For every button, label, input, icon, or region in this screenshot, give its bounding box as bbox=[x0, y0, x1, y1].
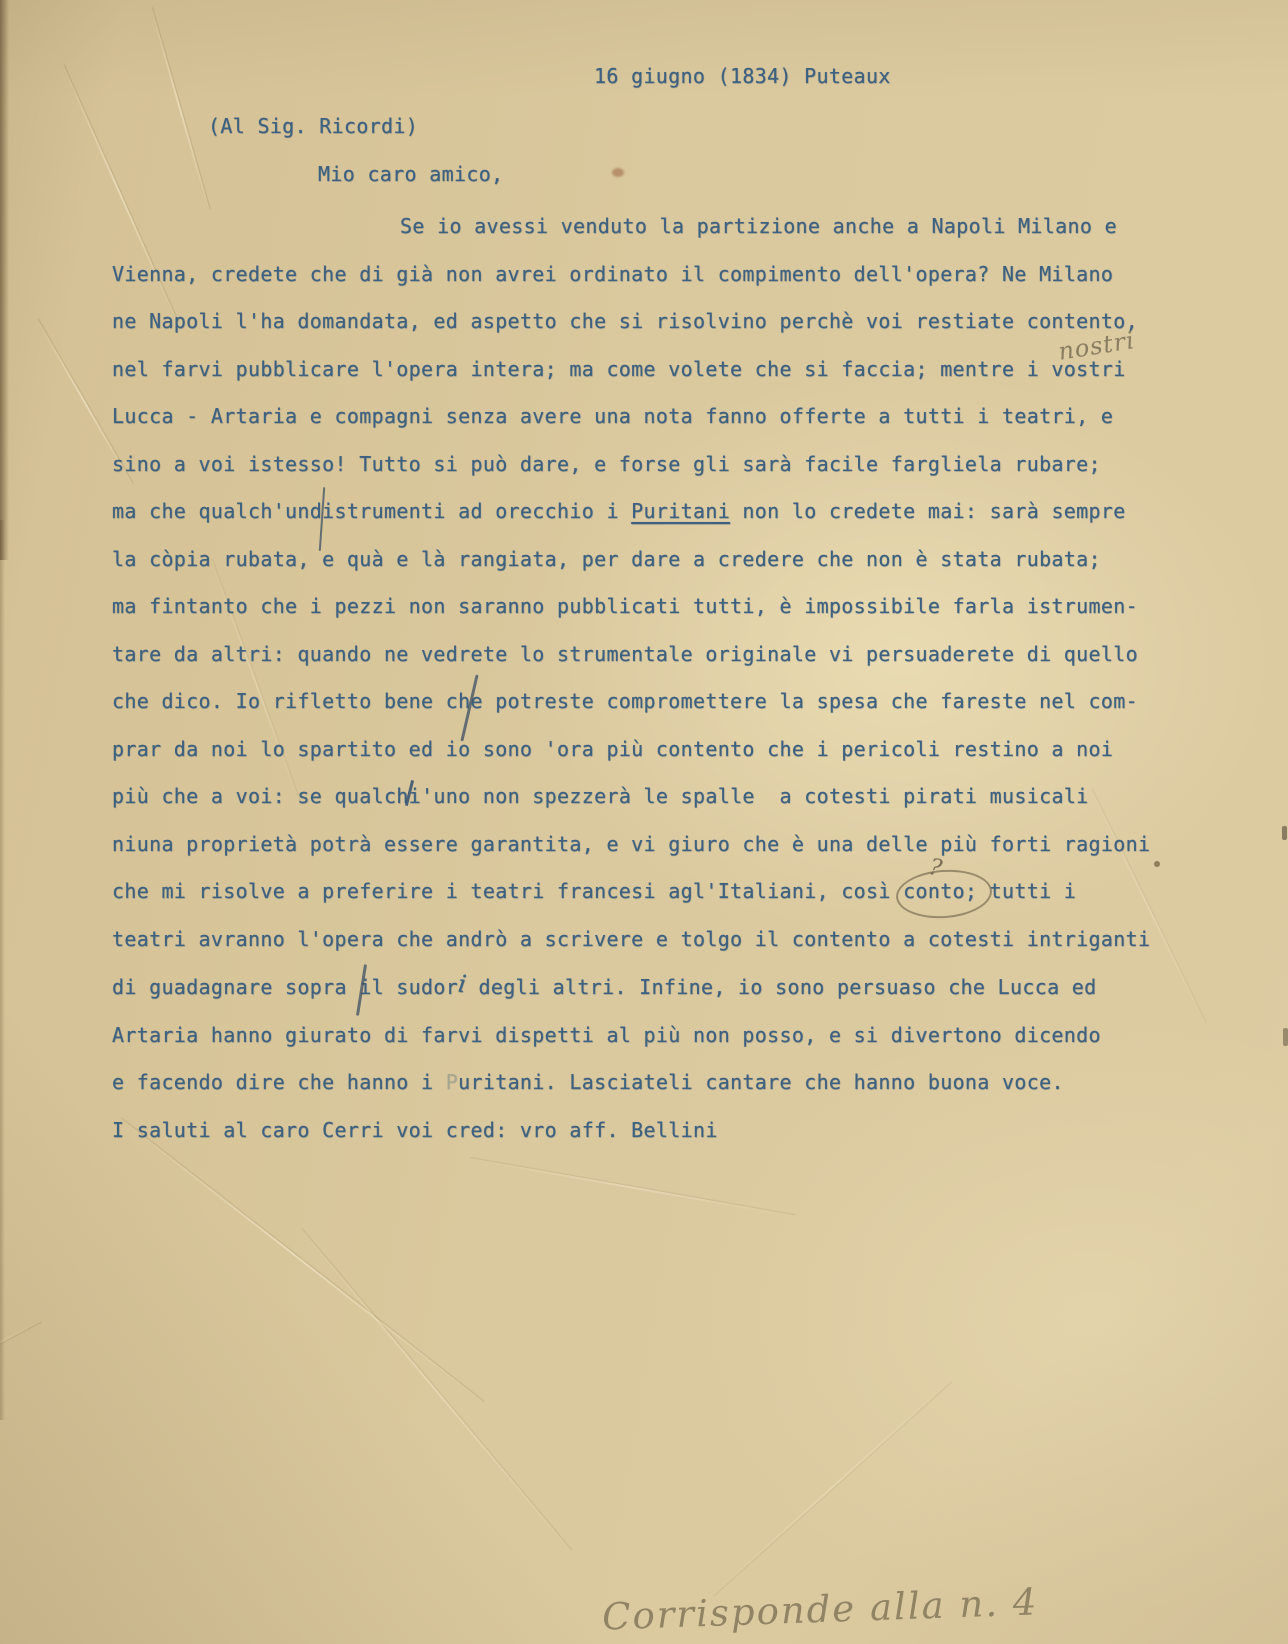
paper-crease bbox=[120, 1118, 484, 1403]
body-line-segment: tare da altri: quando ne vedrete lo stru… bbox=[112, 642, 1138, 666]
paper-stain bbox=[1283, 1028, 1288, 1046]
body-line: I saluti al caro Cerri voi cred: vro aff… bbox=[112, 1107, 1150, 1155]
body-line-segment-faint: P bbox=[446, 1070, 458, 1094]
body-line: nel farvi pubblicare l'opera intera; ma … bbox=[112, 346, 1150, 394]
body-line: e facendo dire che hanno i Puritani. Las… bbox=[112, 1059, 1150, 1107]
body-line: teatri avranno l'opera che andrò a scriv… bbox=[112, 916, 1150, 964]
body-line-segment: che mi risolve a preferire i teatri fran… bbox=[112, 879, 903, 903]
body-line: ne Napoli l'ha domandata, ed aspetto che… bbox=[112, 298, 1150, 346]
body-line-segment: e facendo dire che hanno i bbox=[112, 1070, 446, 1094]
letter-scan-page: { "colors": { "paper": "#d9c79e", "ink":… bbox=[0, 0, 1288, 1644]
body-line-segment: niuna proprietà potrà essere garantita, … bbox=[112, 832, 1150, 856]
body-line-segment: uritani. Lasciateli cantare che hanno bu… bbox=[458, 1070, 1064, 1094]
body-line-segment: degli altri. Infine, io sono persuaso ch… bbox=[466, 975, 1096, 999]
body-line: la còpia rubata, e quà e là rangiata, pe… bbox=[112, 536, 1150, 584]
body-line: niuna proprietà potrà essere garantita, … bbox=[112, 821, 1150, 869]
paper-crease bbox=[712, 1380, 951, 1596]
body-line-segment: ma che qualch'undistrumenti ad orecchio … bbox=[112, 499, 631, 523]
body-line-segment: tutti i bbox=[977, 879, 1076, 903]
body-line: Artaria hanno giurato di farvi dispetti … bbox=[112, 1012, 1150, 1060]
body-line: Lucca - Artaria e compagni senza avere u… bbox=[112, 393, 1150, 441]
body-line: ma fintanto che i pezzi non saranno pubb… bbox=[112, 583, 1150, 631]
body-line-segment: non lo credete mai: sarà sempre bbox=[730, 499, 1126, 523]
body-line: più che a voi: se qualchi'uno non spezze… bbox=[112, 773, 1150, 821]
body-line: Se io avessi venduto la partizione anche… bbox=[112, 203, 1150, 251]
body-line-segment: ne Napoli l'ha domandata, ed aspetto che… bbox=[112, 309, 1138, 333]
letter-body: Se io avessi venduto la partizione anche… bbox=[112, 203, 1150, 1154]
body-line-segment: Se io avessi venduto la partizione anche… bbox=[400, 214, 1117, 238]
body-line-segment: sino a voi istesso! Tutto si può dare, e… bbox=[112, 452, 1101, 476]
letter-dateline: 16 giugno (1834) Puteaux bbox=[594, 64, 891, 88]
body-line-segment: prar da noi lo spartito ed io sono 'ora … bbox=[112, 737, 1113, 761]
body-line: prar da noi lo spartito ed io sono 'ora … bbox=[112, 726, 1150, 774]
paper-stain bbox=[1282, 826, 1287, 840]
body-line: tare da altri: quando ne vedrete lo stru… bbox=[112, 631, 1150, 679]
body-line-segment: 'uno non spezzerà le spalle a cotesti pi… bbox=[421, 784, 1089, 808]
body-line-segment: Lucca - Artaria e compagni senza avere u… bbox=[112, 404, 1113, 428]
body-line-segment: Vienna, credete che di già non avrei ord… bbox=[112, 262, 1113, 286]
body-line-segment: la còpia rubata, e quà e là rangiata, pe… bbox=[112, 547, 1101, 571]
letter-salutation: Mio caro amico, bbox=[318, 162, 503, 186]
body-line-segment: nel farvi pubblicare l'opera intera; ma … bbox=[112, 357, 1126, 381]
body-line: sino a voi istesso! Tutto si può dare, e… bbox=[112, 441, 1150, 489]
body-line: che dico. Io rifletto bene che potreste … bbox=[112, 678, 1150, 726]
pencil-bottom-note: Corrisponde alla n. 4 bbox=[601, 1580, 1039, 1638]
body-line-segment-circled: conto;? bbox=[903, 879, 977, 903]
body-line-segment: più che a voi: se qualch bbox=[112, 784, 409, 808]
body-line-segment: Artaria hanno giurato di farvi dispetti … bbox=[112, 1023, 1101, 1047]
body-line: di guadagnare sopra il sudori degli altr… bbox=[112, 963, 1150, 1012]
paper-crease bbox=[300, 1229, 572, 1552]
body-line-segment: di guadagnare sopra il sudor bbox=[112, 975, 458, 999]
paper-stain bbox=[1154, 861, 1160, 867]
body-line-segment-strike: i bbox=[409, 784, 421, 808]
paper-left-edge-shadow bbox=[0, 0, 9, 560]
paper-stain bbox=[612, 168, 624, 177]
body-line: ma che qualch'undistrumenti ad orecchio … bbox=[112, 488, 1150, 536]
body-line-segment: ma fintanto che i pezzi non saranno pubb… bbox=[112, 594, 1138, 618]
letter-recipient: (Al Sig. Ricordi) bbox=[208, 114, 418, 138]
paper-crease bbox=[470, 1158, 795, 1217]
body-line-segment: teatri avranno l'opera che andrò a scriv… bbox=[112, 927, 1150, 951]
paper-left-edge-shadow-lower bbox=[0, 520, 5, 1420]
paper-crease bbox=[150, 7, 210, 209]
body-line-segment-underline: Puritani bbox=[631, 499, 730, 523]
body-line-segment: che dico. Io rifletto bene che potreste … bbox=[112, 689, 1138, 713]
body-line-segment: I saluti al caro Cerri voi cred: vro aff… bbox=[112, 1118, 718, 1142]
body-line: che mi risolve a preferire i teatri fran… bbox=[112, 868, 1150, 916]
body-line: Vienna, credete che di già non avrei ord… bbox=[112, 251, 1150, 299]
paper-crease bbox=[0, 1320, 41, 1481]
